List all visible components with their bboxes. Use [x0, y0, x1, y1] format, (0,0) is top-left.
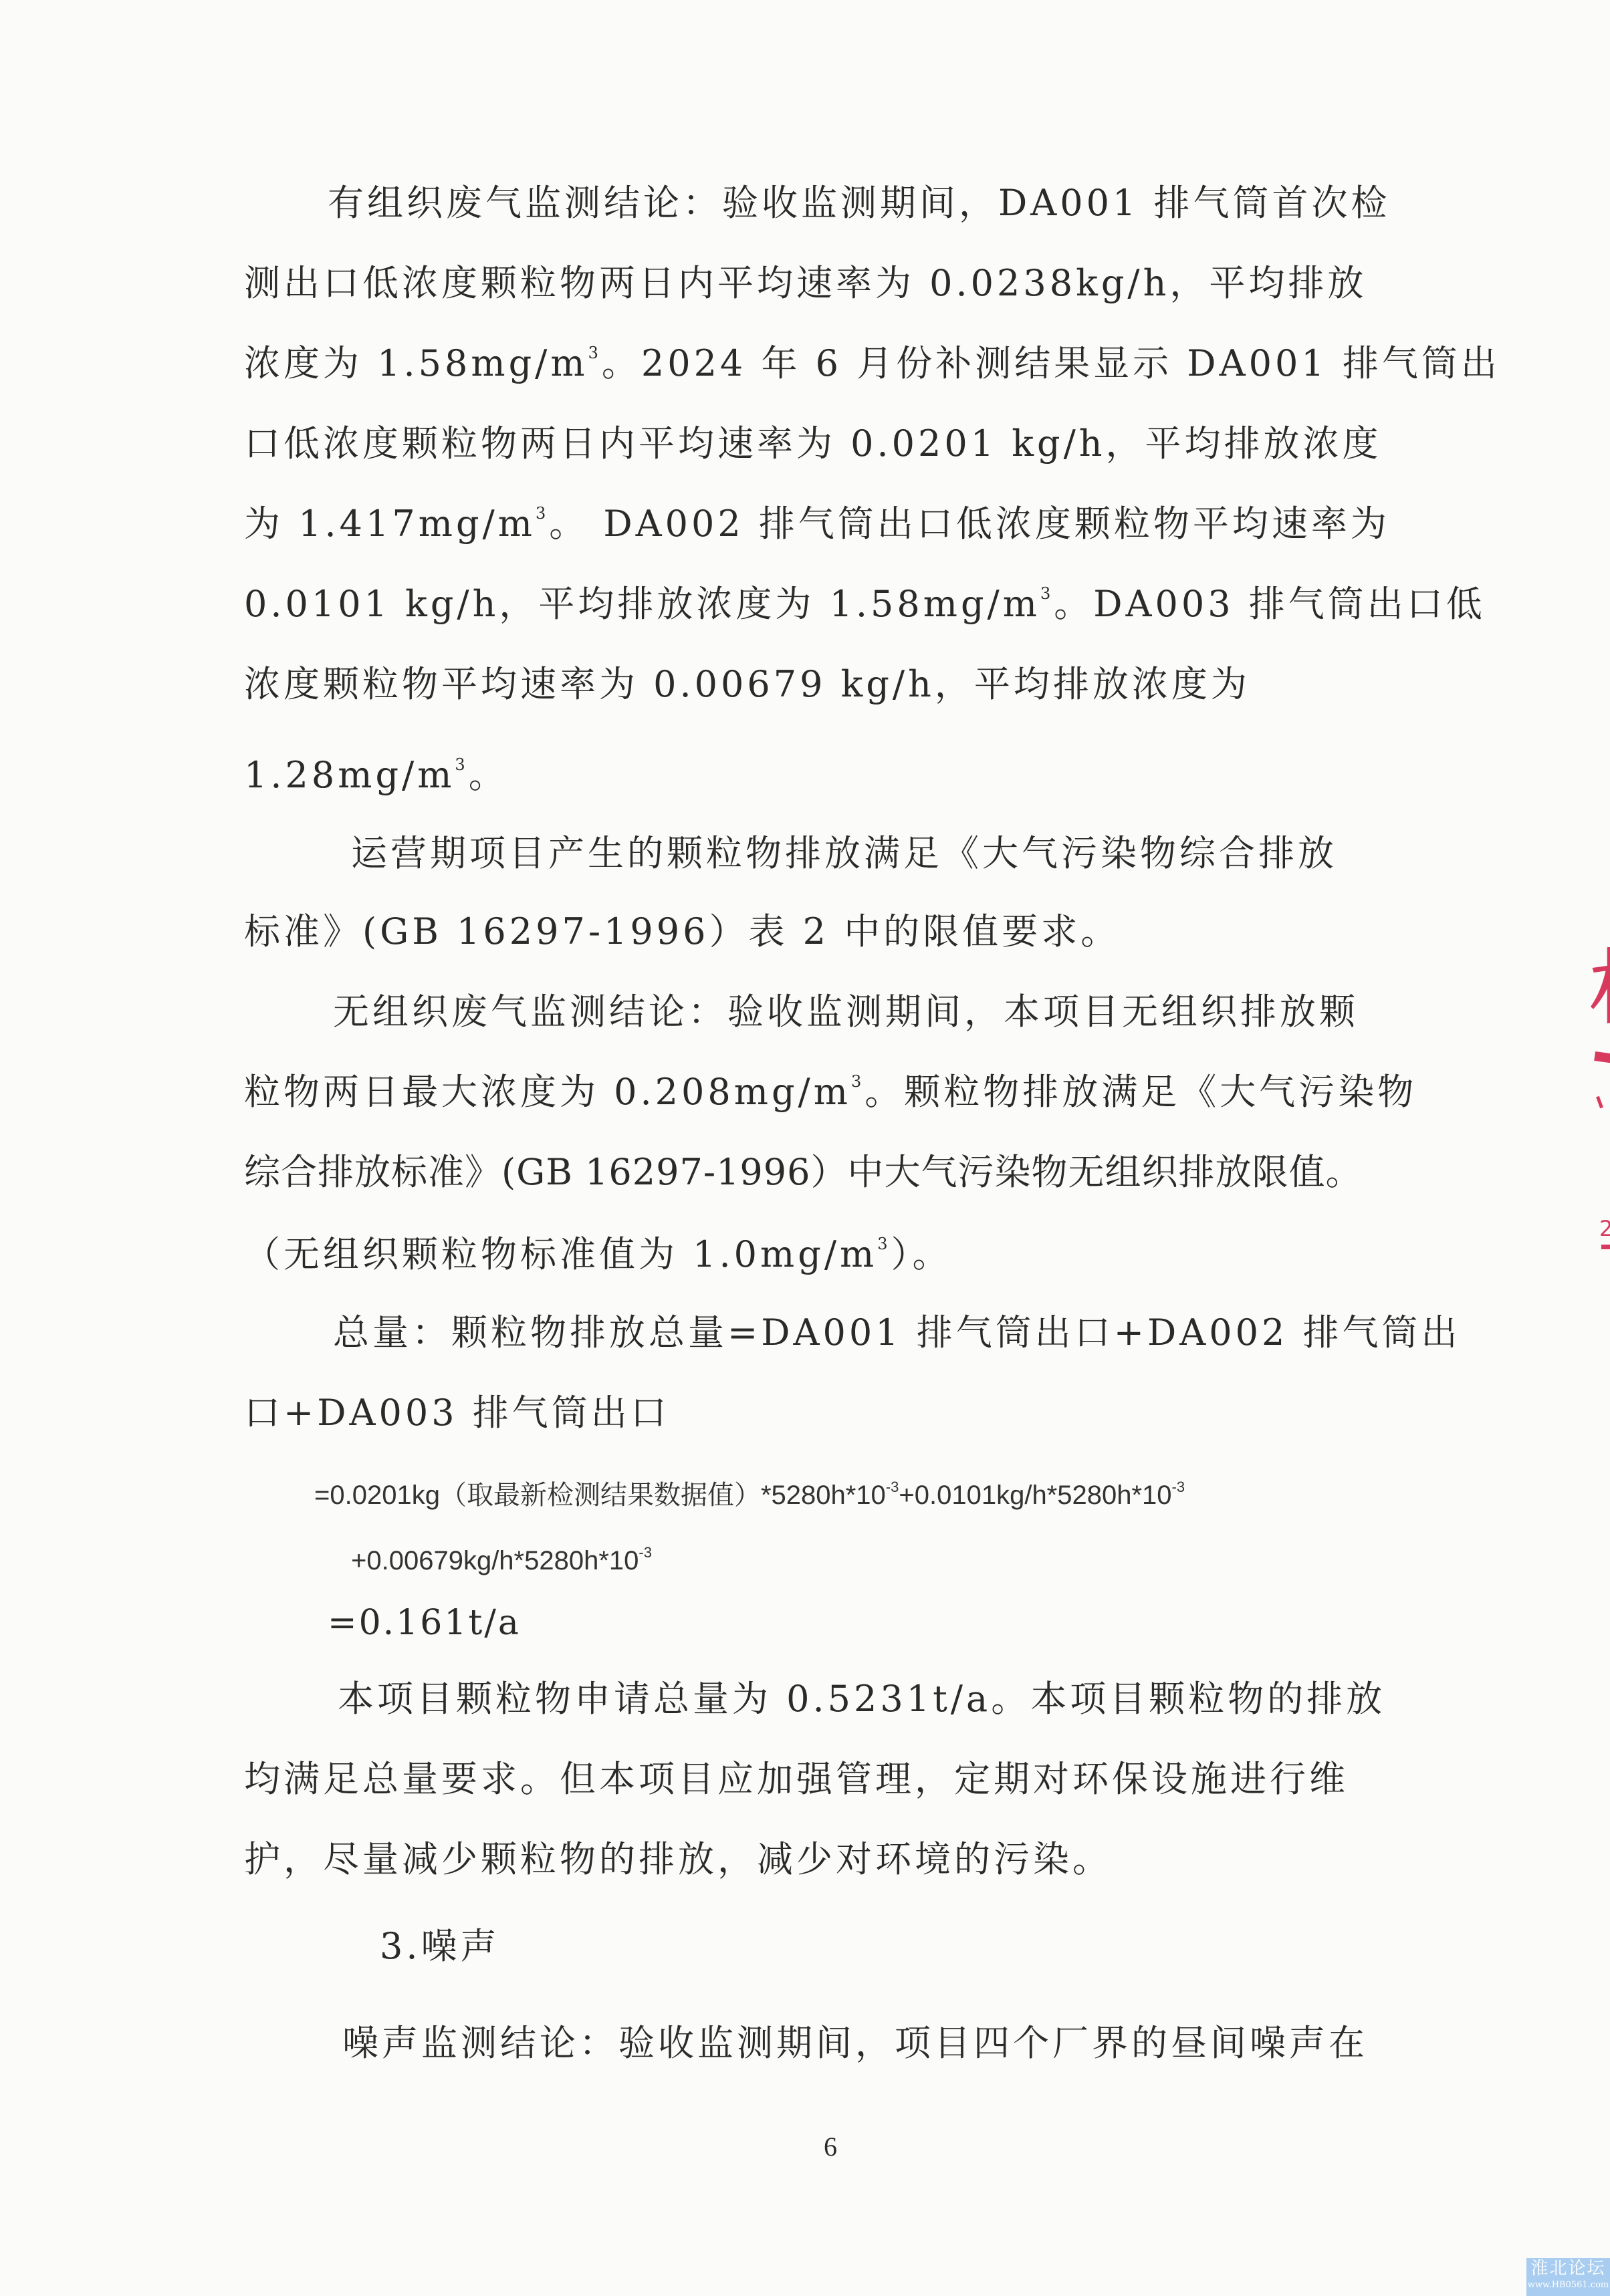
superscript: 3: [1040, 584, 1054, 603]
paragraph-line: 口+DA003 排气筒出口: [244, 1392, 670, 1434]
text-segment: 。2024 年 6 月份补测结果显示 DA001 排气筒出: [602, 342, 1500, 384]
superscript: 3: [877, 1235, 891, 1253]
formula-line: =0.0201kg（取最新检测结果数据值）*5280h*10-3+0.0101k…: [314, 1479, 1185, 1512]
formula-term: +0.00679kg/h*5280h*10: [351, 1546, 639, 1575]
paragraph-line: 均满足总量要求。但本项目应加强管理，定期对环保设施进行维: [244, 1758, 1349, 1801]
paragraph-line: 总量：颗粒物排放总量=DA001 排气筒出口+DA002 排气筒出: [333, 1311, 1461, 1354]
watermark-url: www.HB0561.com: [1526, 2279, 1610, 2291]
document-page: 有组织废气监测结论：验收监测期间，DA001 排气筒首次检 测出口低浓度颗粒物两…: [0, 0, 1610, 2296]
seal-stamp-glyph: 材: [1590, 934, 1610, 1039]
text-segment: 。 DA002 排气筒出口低浓度颗粒物平均速率为: [549, 503, 1390, 545]
page-number: 6: [824, 2131, 837, 2163]
text-segment: 为 1.417mg/m: [244, 503, 536, 545]
seal-stamp-mark: [1596, 1096, 1603, 1109]
paragraph-line: 浓度为 1.58mg/m3。2024 年 6 月份补测结果显示 DA001 排气…: [244, 342, 1500, 385]
paragraph-line: 1.28mg/m3。: [244, 754, 508, 797]
paragraph-line: 噪声监测结论：验收监测期间，项目四个厂界的昼间噪声在: [342, 2022, 1368, 2065]
exponent: -3: [886, 1479, 899, 1495]
text-segment: （无组织颗粒物标准值为 1.0mg/m: [244, 1233, 877, 1275]
paragraph-line: 为 1.417mg/m3。 DA002 排气筒出口低浓度颗粒物平均速率为: [244, 503, 1390, 545]
paragraph-line: 粒物两日最大浓度为 0.208mg/m3。颗粒物排放满足《大气污染物: [244, 1071, 1417, 1114]
text-segment: 1.28mg/m: [244, 754, 455, 796]
paragraph-line: 口低浓度颗粒物两日内平均速率为 0.0201 kg/h，平均排放浓度: [244, 422, 1382, 465]
text-segment: 。颗粒物排放满足《大气污染物: [865, 1071, 1417, 1113]
formula-term: +0.0101kg/h*5280h*10: [899, 1481, 1171, 1510]
text-segment: 0.0101 kg/h，平均排放浓度为 1.58mg/m: [244, 583, 1040, 625]
seal-stamp-mark: [1594, 1051, 1610, 1063]
exponent: -3: [1172, 1479, 1185, 1495]
superscript: 3: [588, 344, 602, 362]
text-segment: 。DA003 排气筒出口低: [1054, 583, 1486, 625]
text-segment: 粒物两日最大浓度为 0.208mg/m: [244, 1071, 851, 1113]
paragraph-line: 无组织废气监测结论：验收监测期间，本项目无组织排放颗: [333, 991, 1359, 1033]
formula-result: =0.161t/a: [328, 1603, 521, 1643]
paragraph-line: 0.0101 kg/h，平均排放浓度为 1.58mg/m3。DA003 排气筒出…: [244, 583, 1486, 626]
paragraph-line: 标准》(GB 16297-1996）表 2 中的限值要求。: [244, 910, 1120, 953]
text-segment: 浓度为 1.58mg/m: [244, 342, 588, 384]
paragraph-line: 有组织废气监测结论：验收监测期间，DA001 排气筒首次检: [328, 182, 1391, 225]
superscript: 3: [851, 1072, 865, 1091]
watermark-title: 淮北论坛: [1526, 2258, 1610, 2279]
text-segment: ）。: [891, 1233, 952, 1275]
paragraph-line: （无组织颗粒物标准值为 1.0mg/m3）。: [244, 1233, 952, 1276]
paragraph-line: 护，尽量减少颗粒物的排放，减少对环境的污染。: [244, 1838, 1112, 1881]
paragraph-line: 运营期项目产生的颗粒物排放满足《大气污染物综合排放: [351, 832, 1337, 875]
exponent: -3: [639, 1544, 652, 1561]
formula-term: =0.0201kg（取最新检测结果数据值）*5280h*10: [314, 1481, 886, 1510]
superscript: 3: [455, 755, 468, 774]
site-watermark: 淮北论坛 www.HB0561.com: [1526, 2258, 1610, 2296]
seal-stamp-mark: [1601, 1245, 1610, 1249]
text-segment: 。: [469, 754, 508, 796]
section-heading: 3.噪声: [380, 1925, 500, 1968]
superscript: 3: [536, 504, 549, 523]
paragraph-line: 测出口低浓度颗粒物两日内平均速率为 0.0238kg/h，平均排放: [244, 262, 1367, 305]
paragraph-line: 浓度颗粒物平均速率为 0.00679 kg/h，平均排放浓度为: [244, 663, 1250, 706]
paragraph-line: 本项目颗粒物申请总量为 0.5231t/a。本项目颗粒物的排放: [338, 1678, 1385, 1720]
paragraph-line: 综合排放标准》(GB 16297-1996）中大气污染物无组织排放限值。: [244, 1151, 1363, 1194]
seal-stamp-digit: 2: [1599, 1217, 1610, 1241]
formula-line: +0.00679kg/h*5280h*10-3: [351, 1544, 652, 1577]
